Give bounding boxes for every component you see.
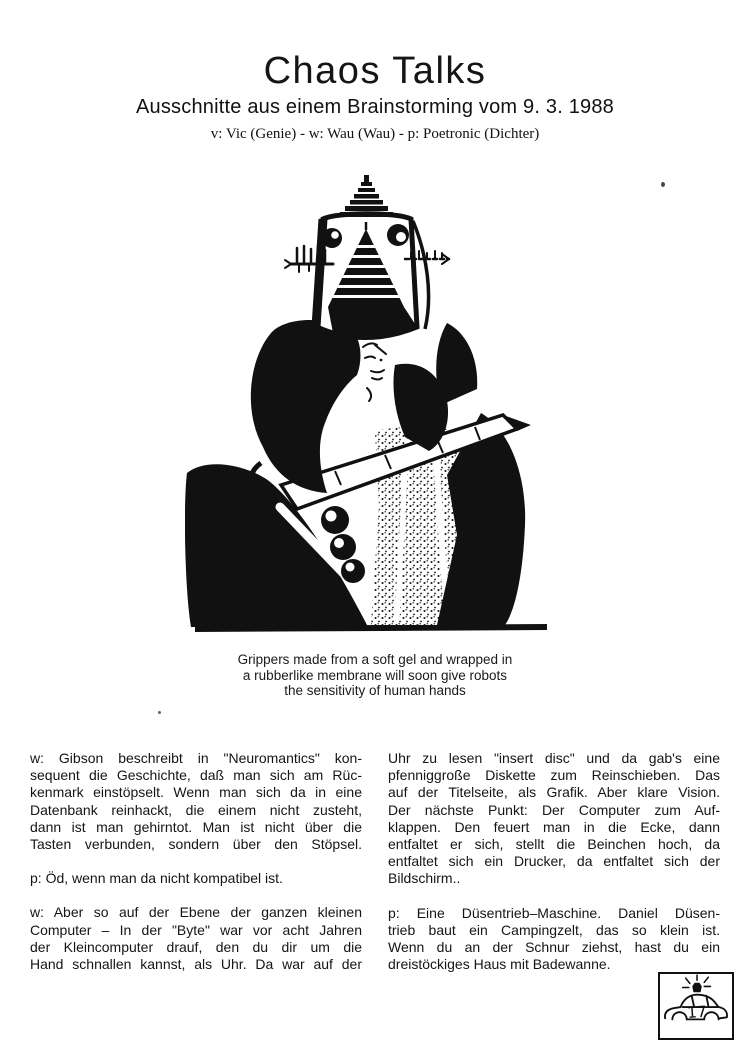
scan-speck — [158, 711, 161, 714]
cone-antenna — [340, 175, 393, 217]
text-line: Der nächste Punkt: Der Computer zum Auf- — [388, 802, 720, 819]
robot-woman-halftone-image — [185, 175, 565, 648]
robot-head — [316, 214, 417, 339]
article-body: w: Gibson beschreibt in "Neuromantics" k… — [30, 750, 720, 973]
text-line: entfaltet sich ein Drucker, da entfaltet… — [388, 853, 720, 870]
text-line: w: Aber so auf der Ebene der ganzen klei… — [30, 904, 362, 921]
figure-robot-photo — [185, 175, 565, 648]
text-line: Computer – In der "Byte" war vor acht Ja… — [30, 922, 362, 939]
caption-line: the sensitivity of human hands — [0, 683, 750, 699]
text-line: w: Gibson beschreibt in "Neuromantics" k… — [30, 750, 362, 767]
page-number: 17 — [687, 1003, 708, 1022]
text-line: p: Eine Düsentrieb–Maschine. Daniel Düse… — [388, 905, 720, 922]
scanned-zine-page: Chaos Talks Ausschnitte aus einem Brains… — [0, 0, 750, 1050]
text-line: Wenn du an der Schnur ziehst, hast du ei… — [388, 939, 720, 956]
speaker-key: v: Vic (Genie) - w: Wau (Wau) - p: Poetr… — [0, 126, 750, 143]
text-line: Bildschirm.. — [388, 870, 720, 887]
caption-line: a rubberlike membrane will soon give rob… — [0, 668, 750, 684]
woman-face — [363, 343, 386, 401]
page-number-badge: 17 — [658, 972, 734, 1040]
text-line: Tasten verbunden, sondern über den Stöps… — [30, 836, 362, 853]
text-line: Datenbank reinhackt, die einem nicht zus… — [30, 802, 362, 819]
right-column: Uhr zu lesen "insert disc" und da gab's … — [388, 750, 720, 973]
caption-line: Grippers made from a soft gel and wrappe… — [0, 652, 750, 668]
paragraph-w-computer: w: Aber so auf der Ebene der ganzen klei… — [30, 904, 362, 973]
text-line: der Kleincomputer drauf, den du dir um d… — [30, 939, 362, 956]
text-line: Hand schnallen kannst, als Uhr. Da war a… — [30, 956, 362, 973]
text-line: trieb baut ein Campingzelt, das so klein… — [388, 922, 720, 939]
paragraph-w-gibson: w: Gibson beschreibt in "Neuromantics" k… — [30, 750, 362, 853]
robot-left-eye — [322, 228, 342, 248]
text-line: sequent die Geschichte, daß man sich am … — [30, 767, 362, 784]
figure-caption: Grippers made from a soft gel and wrappe… — [0, 652, 750, 699]
left-column: w: Gibson beschreibt in "Neuromantics" k… — [30, 750, 362, 973]
text-line: entfaltet er sich, stellt die Beinchen h… — [388, 836, 720, 853]
page-subtitle: Ausschnitte aus einem Brainstorming vom … — [0, 96, 750, 119]
text-line: dreistöckiges Haus mit Badewanne. — [388, 956, 720, 973]
page-title: Chaos Talks — [0, 50, 750, 93]
text-line: p: Öd, wenn man da nicht kompatibel ist. — [30, 870, 362, 887]
paragraph-w-continued: Uhr zu lesen "insert disc" und da gab's … — [388, 750, 720, 888]
text-line: kenmark einstöpselt. Wenn man sich da in… — [30, 784, 362, 801]
text-line: Uhr zu lesen "insert disc" und da gab's … — [388, 750, 720, 767]
scan-speck — [661, 182, 665, 187]
paragraph-p-duesentrieb: p: Eine Düsentrieb–Maschine. Daniel Düse… — [388, 905, 720, 974]
text-line: auf der Titelseite, als Grafik. Aber kla… — [388, 784, 720, 801]
text-line: klappen. Den feuert man in die Ecke, dan… — [388, 819, 720, 836]
text-line: dann ist man gehirntot. Man ist nicht üb… — [30, 819, 362, 836]
text-line: pfenniggroße Diskette zum Reinschieben. … — [388, 767, 720, 784]
paragraph-p-kompatibel: p: Öd, wenn man da nicht kompatibel ist. — [30, 870, 362, 887]
police-car-icon: 17 — [660, 974, 732, 1038]
